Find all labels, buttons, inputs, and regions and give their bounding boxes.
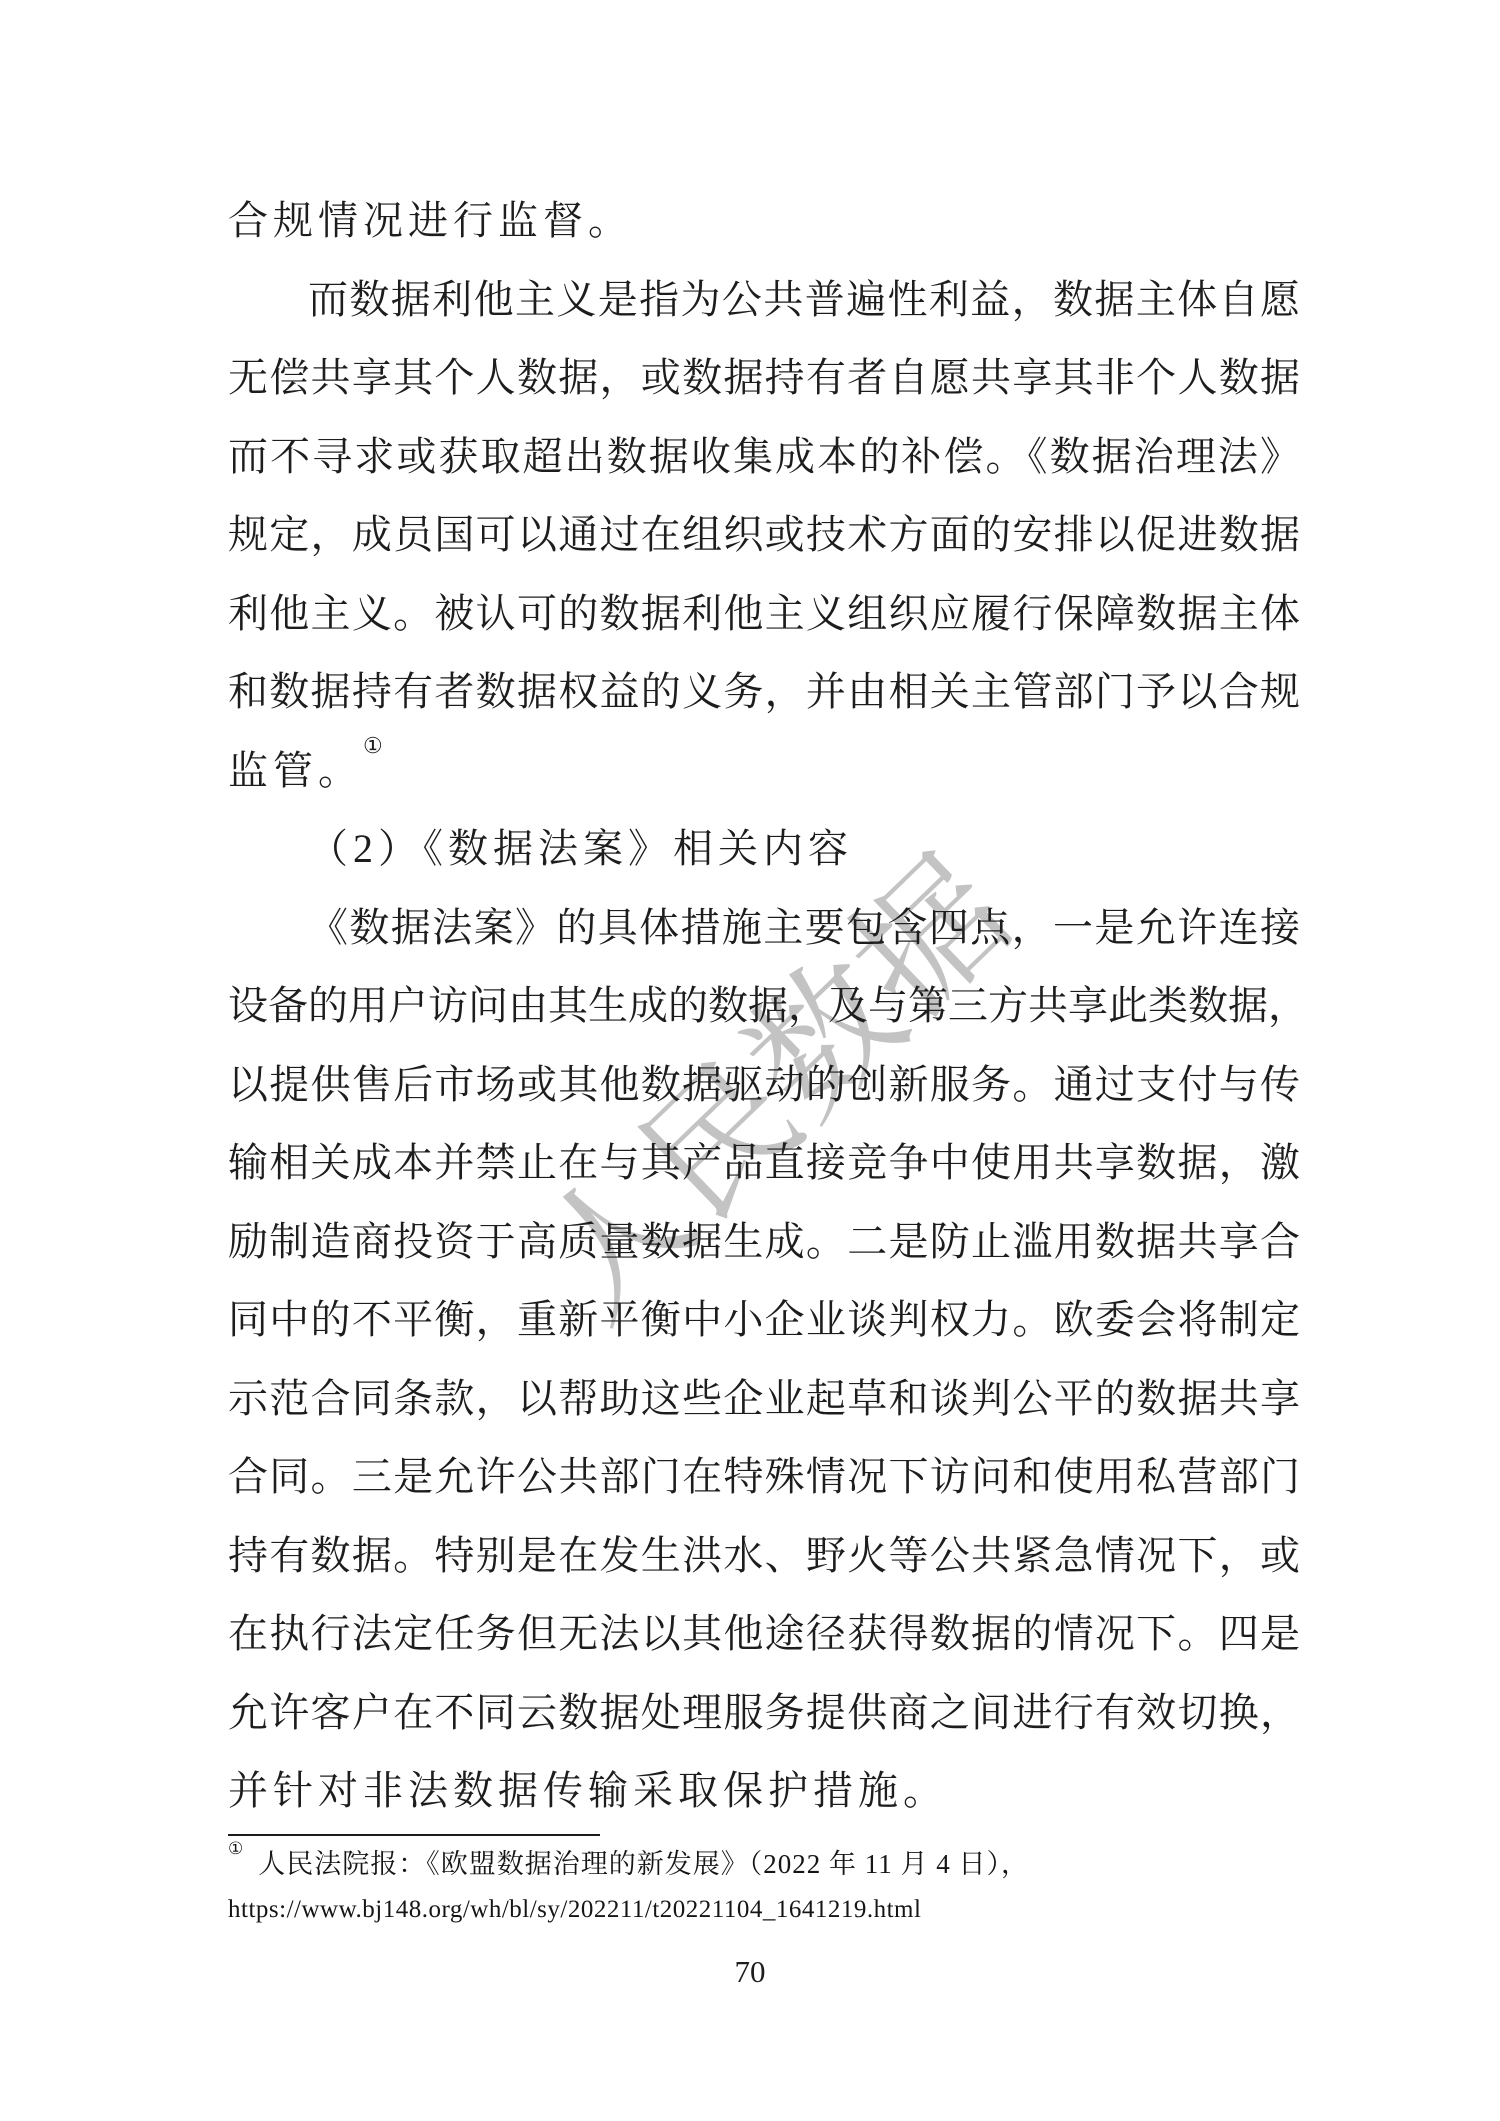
body-line: 并针对非法数据传输采取保护措施。 bbox=[228, 1752, 1300, 1831]
body-line: 而不寻求或获取超出数据收集成本的补偿。《数据治理法》 bbox=[228, 418, 1300, 497]
body-line: 以提供售后市场或其他数据驱动的创新服务。通过支付与传 bbox=[228, 1046, 1300, 1125]
body-line: 持有数据。特别是在发生洪水、野火等公共紧急情况下，或 bbox=[228, 1517, 1300, 1596]
footnote-text: 人民法院报：《欧盟数据治理的新发展》（2022 年 11 月 4 日）， bbox=[258, 1849, 1029, 1879]
footnote-line: ①人民法院报：《欧盟数据治理的新发展》（2022 年 11 月 4 日）， bbox=[228, 1841, 1308, 1887]
body-text: 合规情况进行监督。而数据利他主义是指为公共普遍性利益，数据主体自愿无偿共享其个人… bbox=[228, 182, 1300, 1831]
body-line: 合同。三是允许公共部门在特殊情况下访问和使用私营部门 bbox=[228, 1438, 1300, 1517]
footnote: ①人民法院报：《欧盟数据治理的新发展》（2022 年 11 月 4 日）， ht… bbox=[228, 1841, 1308, 1933]
body-line: 励制造商投资于高质量数据生成。二是防止滥用数据共享合 bbox=[228, 1203, 1300, 1282]
body-line: 示范合同条款，以帮助这些企业起草和谈判公平的数据共享 bbox=[228, 1360, 1300, 1439]
body-line: 监管。① bbox=[228, 732, 1300, 811]
body-line: 而数据利他主义是指为公共普遍性利益，数据主体自愿 bbox=[228, 261, 1300, 340]
body-line: 设备的用户访问由其生成的数据，及与第三方共享此类数据， bbox=[228, 967, 1300, 1046]
body-line: 无偿共享其个人数据，或数据持有者自愿共享其非个人数据 bbox=[228, 339, 1300, 418]
footnote-url: https://www.bj148.org/wh/bl/sy/202211/t2… bbox=[228, 1887, 1308, 1933]
body-line: 规定，成员国可以通过在组织或技术方面的安排以促进数据 bbox=[228, 496, 1300, 575]
body-line: 《数据法案》的具体措施主要包含四点，一是允许连接 bbox=[228, 889, 1300, 968]
body-line: 利他主义。被认可的数据利他主义组织应履行保障数据主体 bbox=[228, 575, 1300, 654]
document-page: 人民数据 合规情况进行监督。而数据利他主义是指为公共普遍性利益，数据主体自愿无偿… bbox=[0, 0, 1500, 2121]
footnote-separator bbox=[228, 1834, 600, 1836]
body-line: （2）《数据法案》相关内容 bbox=[228, 810, 1300, 889]
body-line: 在执行法定任务但无法以其他途径获得数据的情况下。四是 bbox=[228, 1595, 1300, 1674]
page-number: 70 bbox=[0, 1952, 1500, 1992]
body-line: 输相关成本并禁止在与其产品直接竞争中使用共享数据，激 bbox=[228, 1124, 1300, 1203]
footnote-ref-marker: ① bbox=[363, 733, 383, 758]
body-line: 和数据持有者数据权益的义务，并由相关主管部门予以合规 bbox=[228, 653, 1300, 732]
body-line: 同中的不平衡，重新平衡中小企业谈判权力。欧委会将制定 bbox=[228, 1281, 1300, 1360]
footnote-marker: ① bbox=[228, 1839, 244, 1858]
body-line: 合规情况进行监督。 bbox=[228, 182, 1300, 261]
body-line: 允许客户在不同云数据处理服务提供商之间进行有效切换， bbox=[228, 1674, 1300, 1753]
